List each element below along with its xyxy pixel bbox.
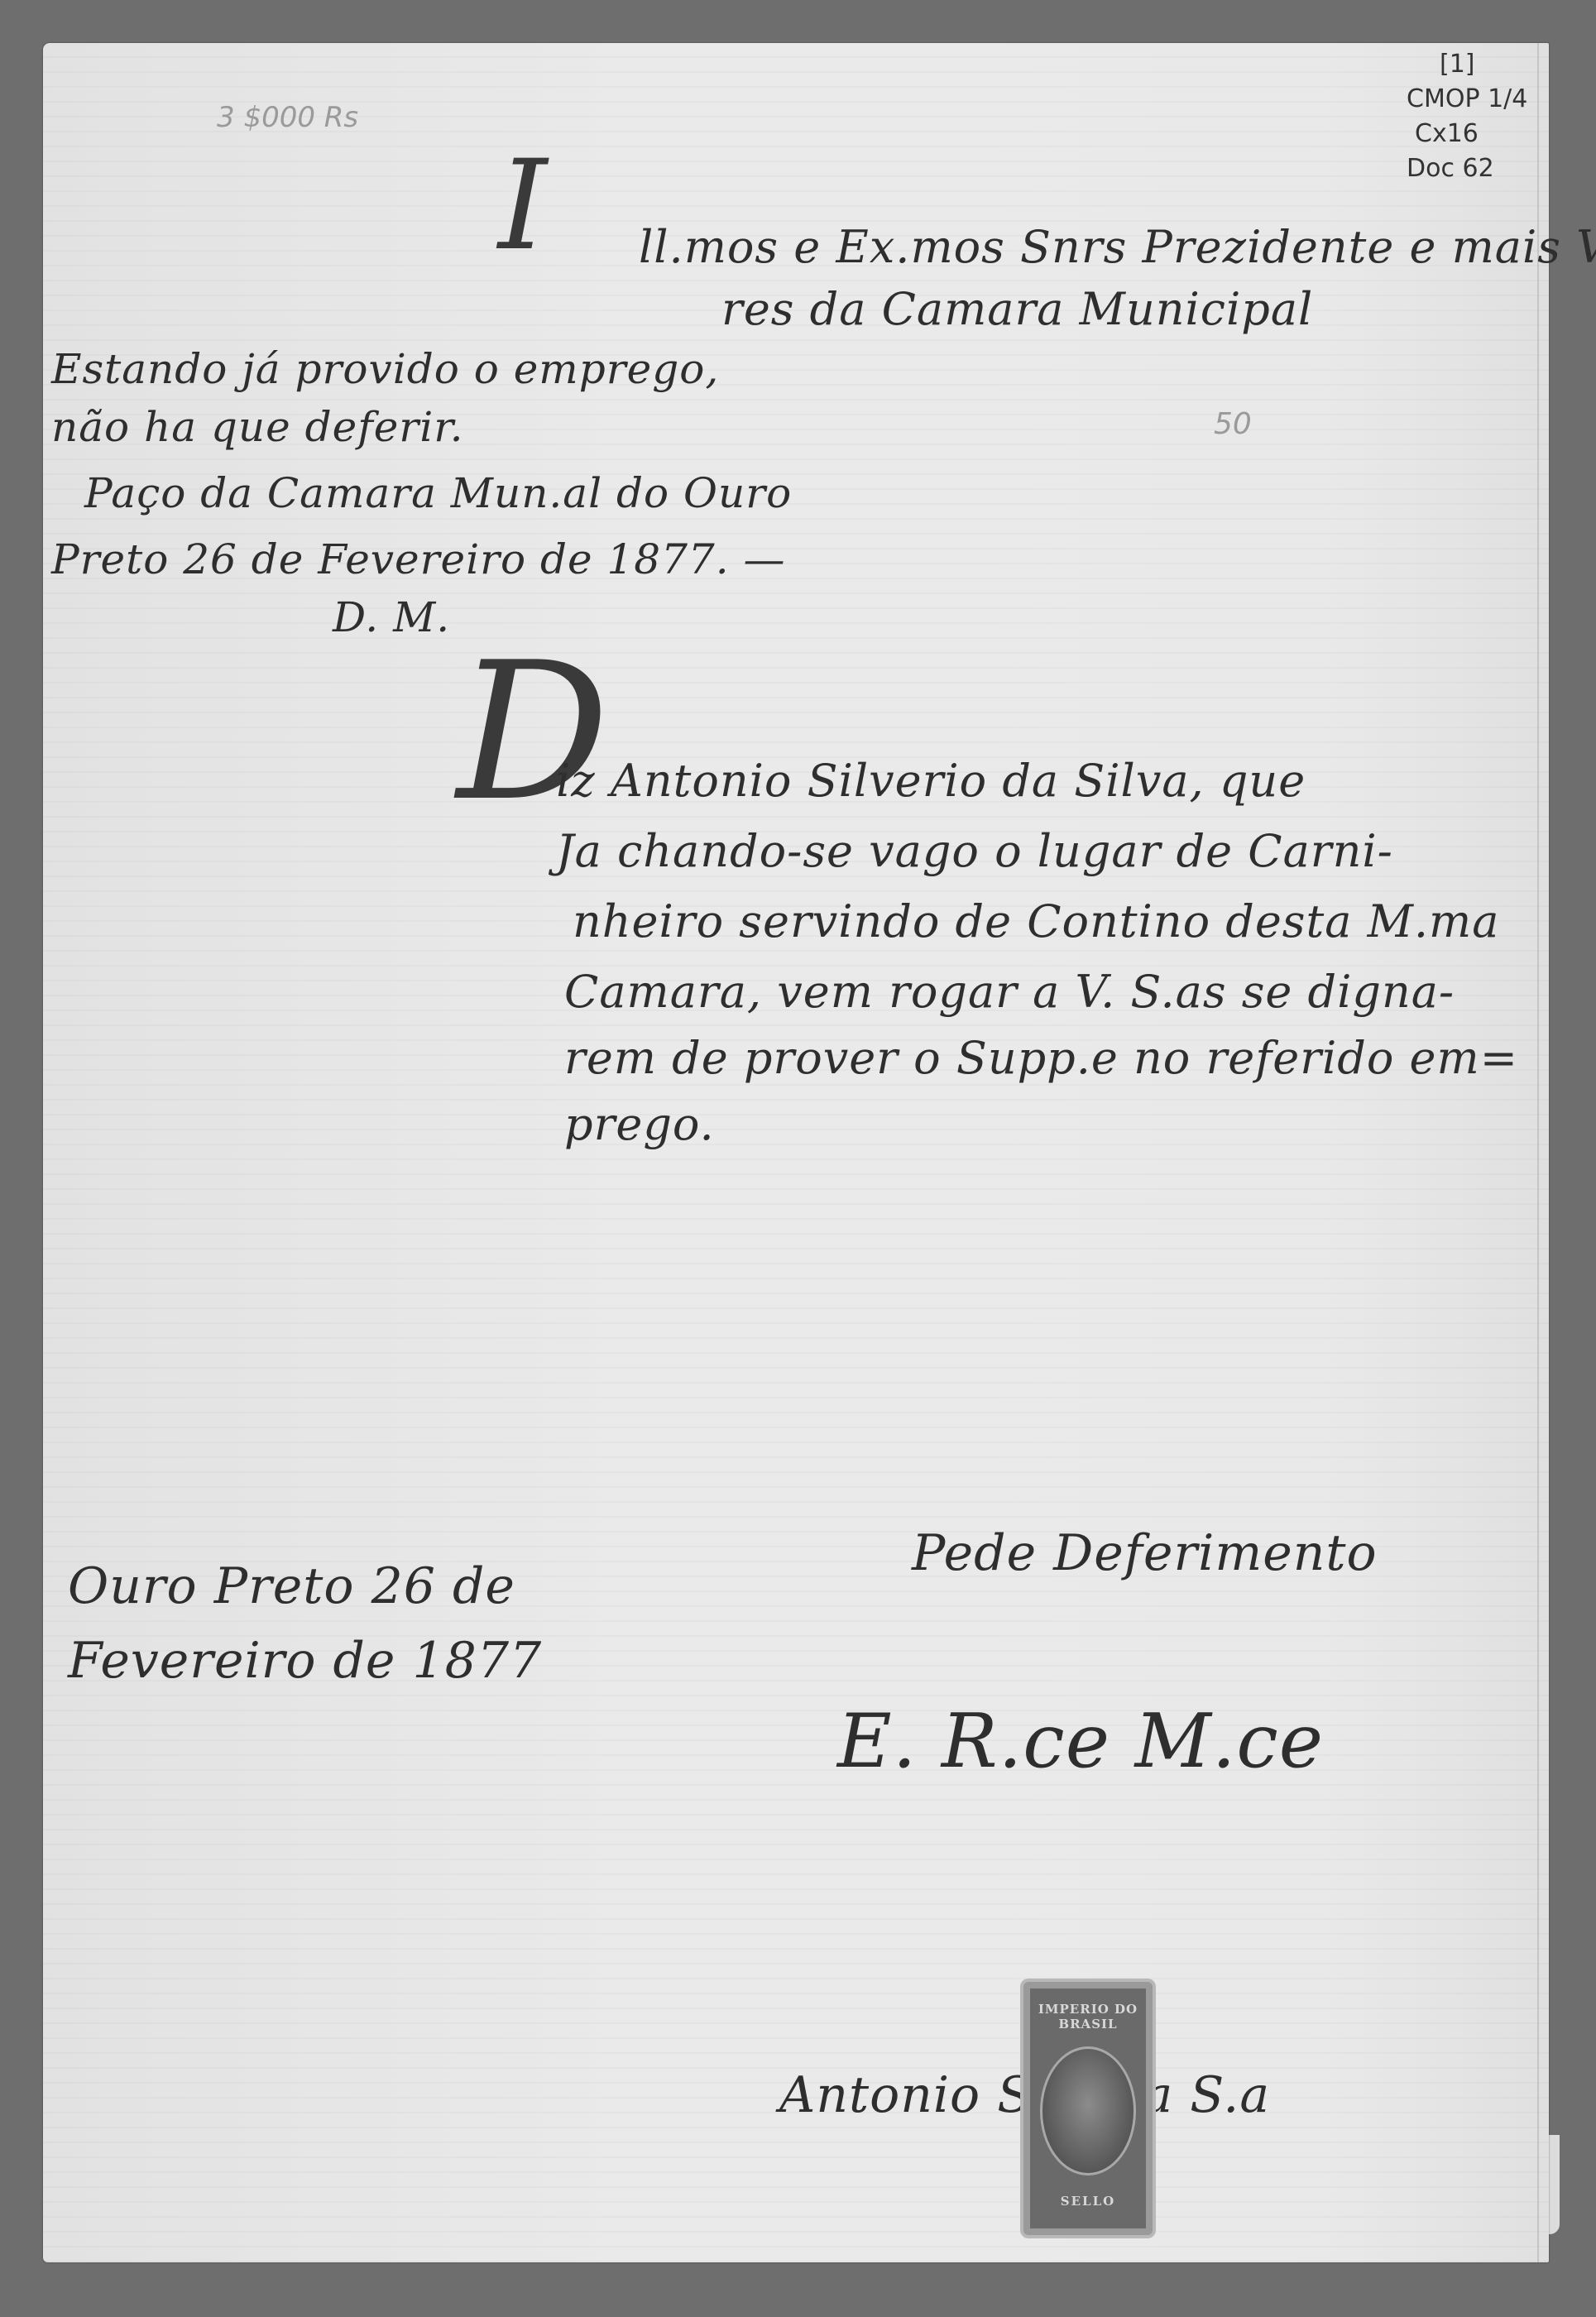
dispatch-line: não ha que deferir.: [51, 403, 464, 451]
stamp-bottom-text: SELLO: [1030, 2194, 1146, 2209]
pencil-note-folio: 50: [1214, 407, 1252, 441]
archive-reference: [1] CMOP 1/4 Cx16 Doc 62: [1407, 47, 1527, 186]
closing-request: Pede Deferimento: [912, 1524, 1378, 1582]
dispatch-line: Preto 26 de Fevereiro de 1877. —: [51, 535, 786, 583]
place-date-line: Fevereiro de 1877: [68, 1632, 542, 1690]
petition-line: iz Antonio Silverio da Silva, que: [556, 755, 1306, 807]
stamp-top-text: IMPERIO DO BRASIL: [1030, 2002, 1146, 2032]
fold-line: [1537, 43, 1539, 2262]
document-page: 3 $000 Rs 50 [1] CMOP 1/4 Cx16 Doc 62 I …: [43, 43, 1549, 2262]
archive-ref-item: CMOP 1/4: [1407, 82, 1527, 117]
petition-initial: D: [457, 622, 609, 843]
heading-initial: I: [498, 134, 547, 278]
place-date-line: Ouro Preto 26 de: [68, 1557, 515, 1615]
dispatch-line: D. M.: [333, 593, 450, 641]
petition-line: Camara, vem rogar a V. S.as se digna-: [564, 966, 1455, 1018]
closing-formula: E. R.ce M.ce: [837, 1698, 1324, 1785]
heading-line: res da Camara Municipal: [721, 283, 1313, 335]
stamp-portrait-icon: [1040, 2046, 1136, 2175]
dispatch-line: Estando já provido o emprego,: [51, 345, 719, 393]
heading-line: ll.mos e Ex.mos Snrs Prezidente e mais V…: [639, 221, 1596, 273]
archive-ref-item: Cx16: [1407, 117, 1527, 151]
archive-ref-item: Doc 62: [1407, 151, 1527, 186]
revenue-stamp: IMPERIO DO BRASIL SELLO: [1023, 1982, 1153, 2235]
pencil-note-top-left: 3 $000 Rs: [217, 101, 358, 134]
archive-ref-item: [1]: [1407, 47, 1527, 82]
petition-line: nheiro servindo de Contino desta M.ma: [573, 895, 1499, 947]
dispatch-line: Paço da Camara Mun.al do Ouro: [84, 469, 792, 517]
petition-line: Ja chando-se vago o lugar de Carni-: [556, 825, 1393, 877]
petition-line: prego.: [564, 1098, 715, 1150]
petition-line: rem de prover o Supp.e no referido em=: [564, 1032, 1518, 1084]
